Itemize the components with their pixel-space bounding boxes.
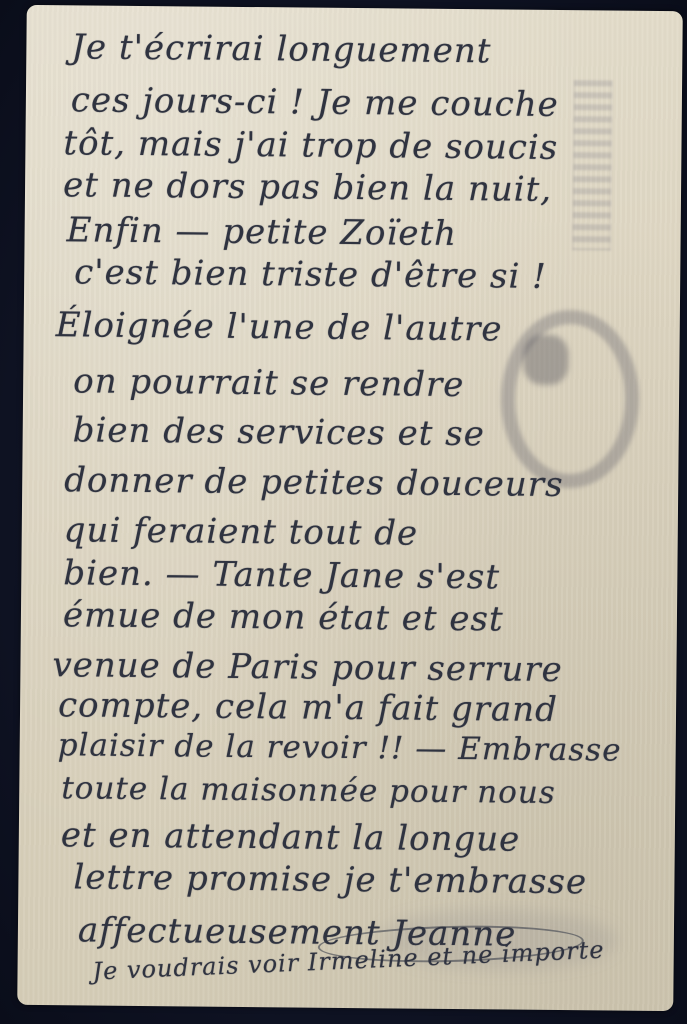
handwritten-line: toute la maisonnée pour nous bbox=[61, 770, 556, 811]
handwritten-line: tôt, mais j'ai trop de soucis bbox=[63, 123, 558, 168]
handwritten-line: compte, cela m'a fait grand bbox=[58, 685, 558, 730]
handwritten-line: émue de mon état et est bbox=[63, 595, 504, 639]
handwritten-line: ces jours-ci ! Je me couche bbox=[71, 80, 559, 125]
handwritten-line: et en attendant la longue bbox=[61, 815, 521, 859]
handwritten-line: Éloignée l'une de l'autre bbox=[56, 305, 503, 349]
handwritten-line: Enfin — petite Zoïeth bbox=[66, 210, 457, 254]
handwritten-line: bien des services et se bbox=[73, 410, 485, 454]
handwritten-line: bien. — Tante Jane s'est bbox=[63, 553, 500, 597]
postmark-strip bbox=[572, 80, 612, 250]
handwritten-line: qui feraient tout de bbox=[64, 510, 419, 553]
handwritten-line: et ne dors pas bien la nuit, bbox=[63, 165, 552, 210]
postcard: Je t'écrirai longuement ces jours-ci ! J… bbox=[17, 5, 683, 1011]
handwritten-line: c'est bien triste d'être si ! bbox=[74, 252, 547, 297]
handwritten-line: on pourrait se rendre bbox=[73, 361, 465, 405]
handwritten-line: plaisir de la revoir !! — Embrasse bbox=[58, 727, 622, 768]
postmark-stamp bbox=[500, 309, 640, 488]
handwritten-line: Je t'écrirai longuement bbox=[71, 27, 491, 71]
handwritten-line: venue de Paris pour serrure bbox=[52, 645, 563, 690]
handwritten-line: lettre promise je t'embrasse bbox=[73, 857, 587, 902]
handwritten-line: donner de petites douceurs bbox=[64, 460, 564, 505]
postmark-ink-blot bbox=[523, 335, 568, 385]
